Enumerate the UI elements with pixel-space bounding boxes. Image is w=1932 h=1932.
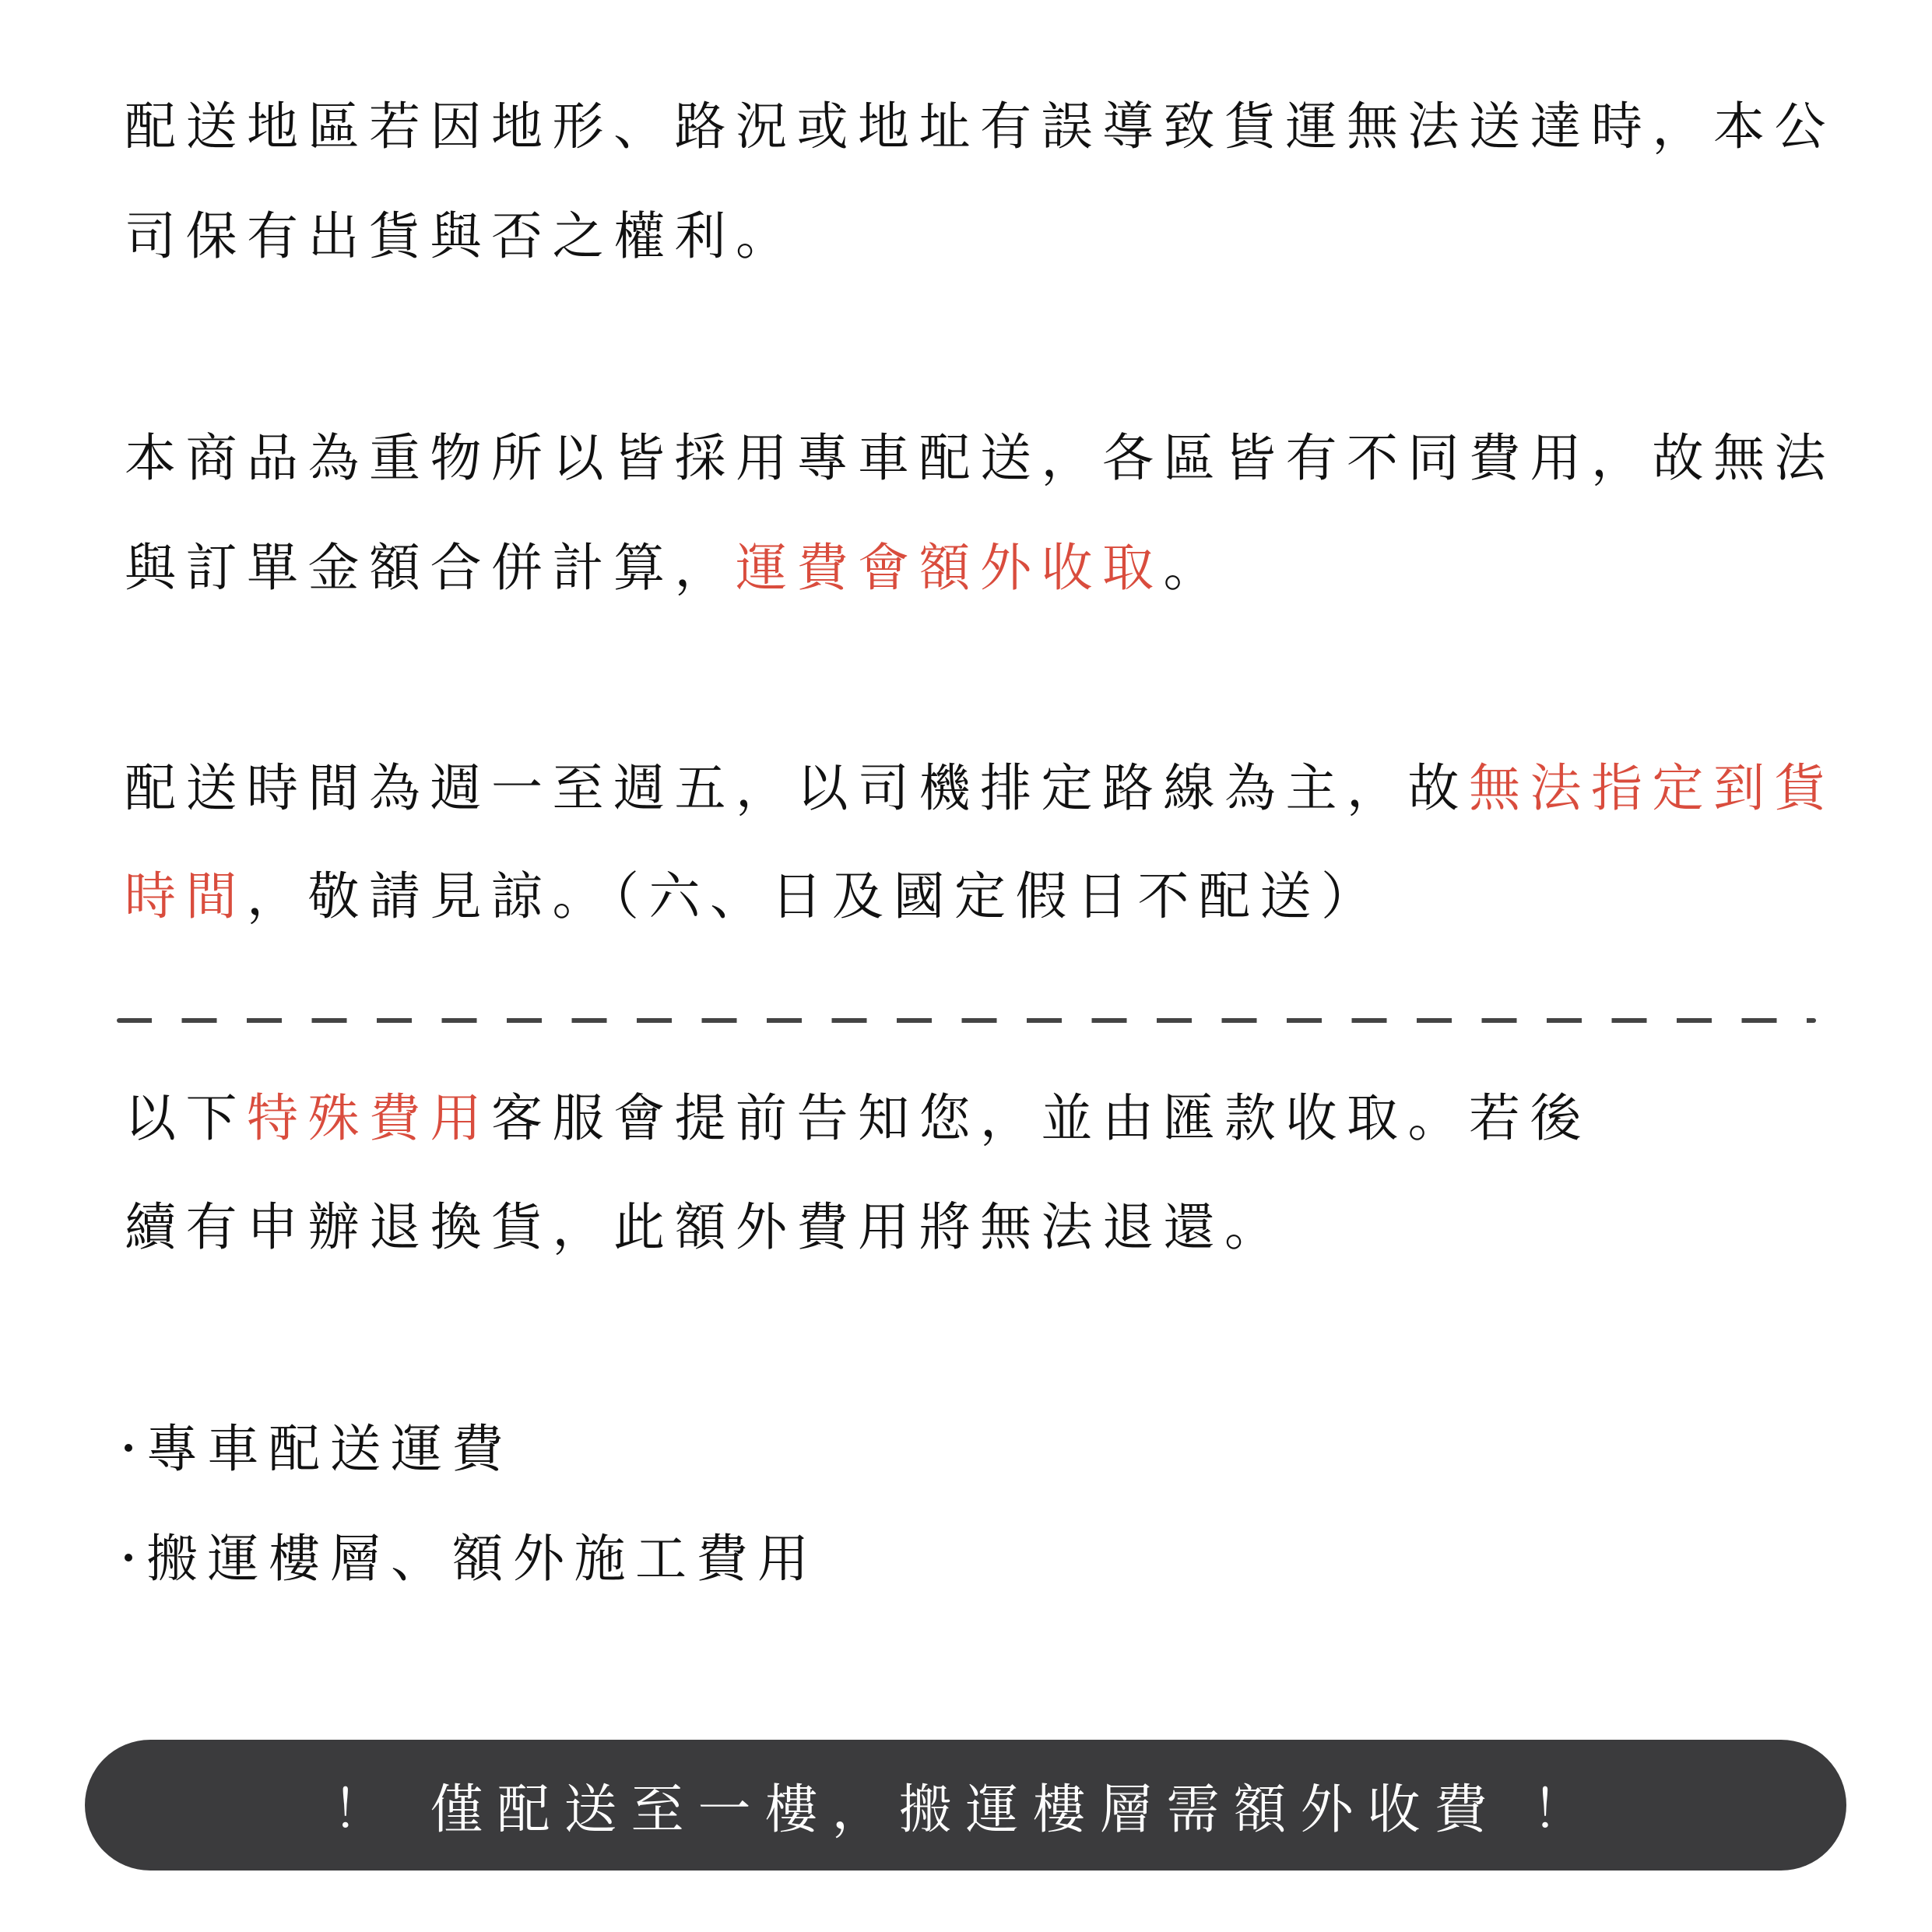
section4-line1: 以下特殊費用客服會提前告知您，並由匯款收取。若後 (125, 1087, 1591, 1150)
fee-list-item-label: 專車配送運費 (146, 1419, 513, 1479)
no-time-designation-highlight-cont: 時間 (125, 866, 247, 926)
section4-text: 以下 (125, 1088, 247, 1148)
fee-list-item-label: 搬運樓層、額外施工費用 (146, 1529, 819, 1589)
section3-text: 配送時間為週一至週五，以司機排定路線為主，故 (125, 758, 1469, 818)
section2-line1: 本商品為重物所以皆採用專車配送，各區皆有不同費用，故無法 (125, 427, 1835, 490)
shipping-fee-highlight: 運費會額外收取 (736, 538, 1164, 598)
section3-text-end: ，敬請見諒。（六、日及國定假日不配送） (247, 866, 1382, 926)
fee-list-item: 搬運樓層、額外施工費用 (118, 1528, 819, 1590)
first-floor-only-banner: ！ 僅配送至一樓，搬運樓層需額外收費 ！ (85, 1740, 1846, 1871)
banner-text: ！ 僅配送至一樓，搬運樓層需額外收費 ！ (332, 1768, 1599, 1843)
section1-line2: 司保有出貨與否之權利。 (125, 205, 797, 268)
bullet-icon (125, 1444, 132, 1452)
section3-line2: 時間，敬請見諒。（六、日及國定假日不配送） (125, 866, 1382, 928)
special-fee-highlight: 特殊費用 (247, 1088, 491, 1148)
section2-text-end: 。 (1164, 538, 1225, 598)
no-time-designation-highlight: 無法指定到貨 (1469, 758, 1835, 818)
section3-line1: 配送時間為週一至週五，以司機排定路線為主，故無法指定到貨 (125, 757, 1835, 820)
section1-line1: 配送地區若因地形、路況或地址有誤導致貨運無法送達時，本公 (125, 96, 1835, 158)
section4-text-cont: 客服會提前告知您，並由匯款收取。若後 (491, 1088, 1591, 1148)
bullet-icon (125, 1554, 132, 1561)
section2-text: 與訂單金額合併計算， (125, 538, 736, 598)
fee-list-item: 專車配送運費 (118, 1418, 513, 1481)
dashed-divider (117, 1018, 1816, 1023)
section4-line2: 續有申辦退換貨，此額外費用將無法退還。 (125, 1196, 1286, 1259)
section2-line2: 與訂單金額合併計算，運費會額外收取。 (125, 537, 1224, 599)
